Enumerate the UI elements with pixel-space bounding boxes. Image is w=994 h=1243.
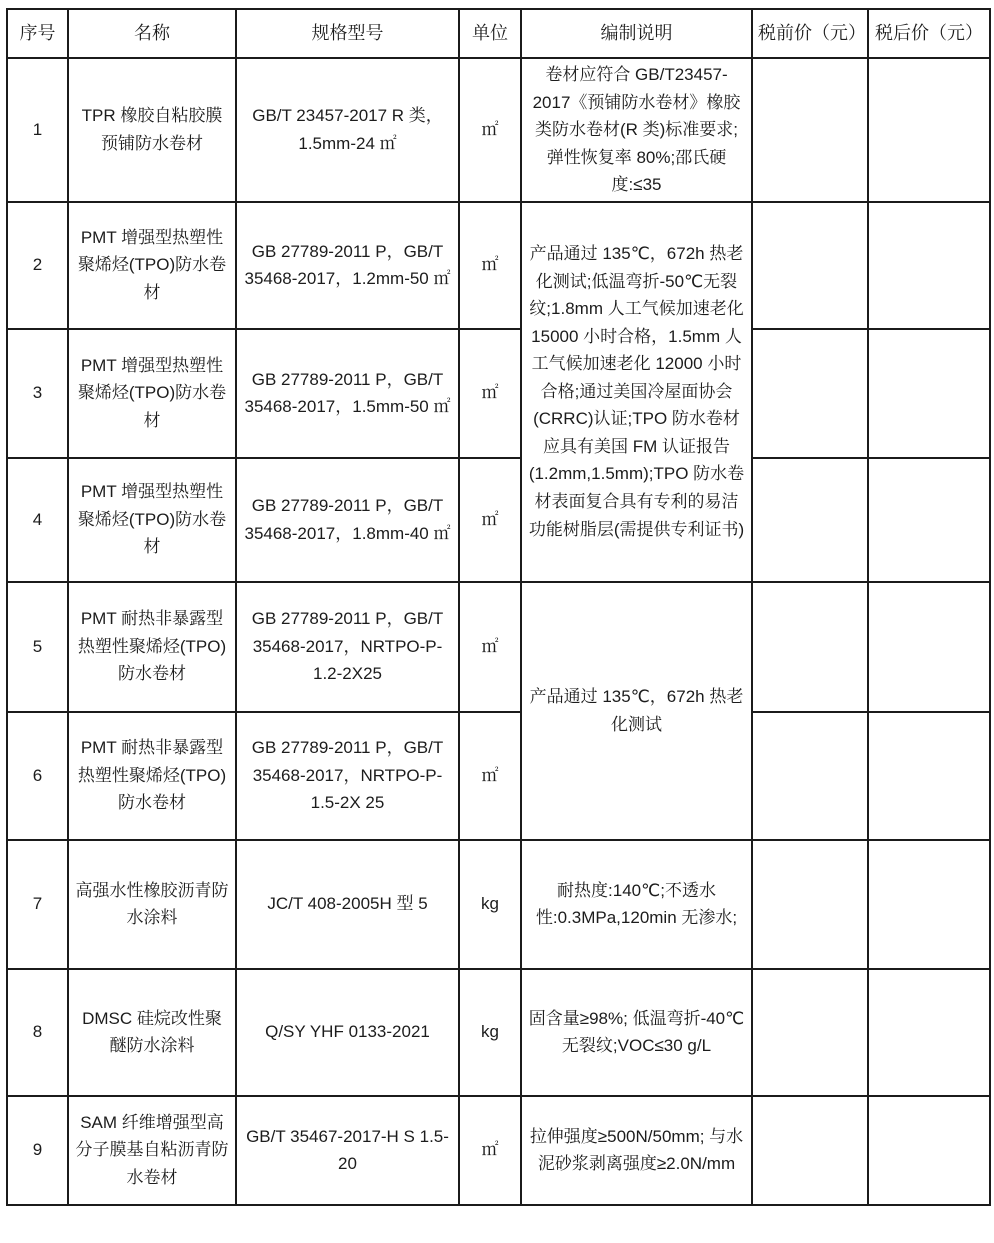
material-unit: kg	[459, 840, 521, 969]
header-pretax-price: 税前价（元）	[752, 9, 868, 58]
material-unit: ㎡	[459, 458, 521, 582]
material-note: 耐热度:140℃;不透水性:0.3MPa,120min 无渗水;	[521, 840, 752, 969]
pretax-price-cell	[752, 712, 868, 840]
table-row: 9 SAM 纤维增强型高分子膜基自粘沥青防水卷材 GB/T 35467-2017…	[7, 1096, 990, 1205]
posttax-price-cell	[868, 458, 990, 582]
material-unit: kg	[459, 969, 521, 1096]
material-unit: ㎡	[459, 582, 521, 712]
material-name: PMT 增强型热塑性聚烯烃(TPO)防水卷材	[68, 458, 236, 582]
row-no: 6	[7, 712, 68, 840]
material-spec: GB 27789-2011 P，GB/T 35468-2017，1.8mm-40…	[236, 458, 459, 582]
material-unit: ㎡	[459, 712, 521, 840]
pretax-price-cell	[752, 582, 868, 712]
pretax-price-cell	[752, 329, 868, 458]
material-spec: GB 27789-2011 P，GB/T 35468-2017，1.5mm-50…	[236, 329, 459, 458]
material-unit: ㎡	[459, 202, 521, 329]
table-row: 7 高强水性橡胶沥青防水涂料 JC/T 408-2005H 型 5 kg 耐热度…	[7, 840, 990, 969]
pretax-price-cell	[752, 202, 868, 329]
posttax-price-cell	[868, 1096, 990, 1205]
posttax-price-cell	[868, 582, 990, 712]
material-spec: JC/T 408-2005H 型 5	[236, 840, 459, 969]
row-no: 4	[7, 458, 68, 582]
material-note: 卷材应符合 GB/T23457-2017《预铺防水卷材》橡胶类防水卷材(R 类)…	[521, 58, 752, 202]
pretax-price-cell	[752, 458, 868, 582]
header-name: 名称	[68, 9, 236, 58]
header-no: 序号	[7, 9, 68, 58]
material-spec: GB/T 35467-2017-H S 1.5-20	[236, 1096, 459, 1205]
header-note: 编制说明	[521, 9, 752, 58]
table-row: 8 DMSC 硅烷改性聚醚防水涂料 Q/SY YHF 0133-2021 kg …	[7, 969, 990, 1096]
table-row: 1 TPR 橡胶自粘胶膜预铺防水卷材 GB/T 23457-2017 R 类，1…	[7, 58, 990, 202]
row-no: 9	[7, 1096, 68, 1205]
posttax-price-cell	[868, 712, 990, 840]
material-name: PMT 耐热非暴露型热塑性聚烯烃(TPO)防水卷材	[68, 582, 236, 712]
posttax-price-cell	[868, 329, 990, 458]
material-spec: GB 27789-2011 P，GB/T 35468-2017，NRTPO-P-…	[236, 582, 459, 712]
posttax-price-cell	[868, 969, 990, 1096]
material-spec: GB 27789-2011 P，GB/T 35468-2017，NRTPO-P-…	[236, 712, 459, 840]
table-row: 5 PMT 耐热非暴露型热塑性聚烯烃(TPO)防水卷材 GB 27789-201…	[7, 582, 990, 712]
pretax-price-cell	[752, 58, 868, 202]
material-name: PMT 增强型热塑性聚烯烃(TPO)防水卷材	[68, 202, 236, 329]
material-unit: ㎡	[459, 1096, 521, 1205]
posttax-price-cell	[868, 58, 990, 202]
pretax-price-cell	[752, 1096, 868, 1205]
material-price-table: 序号 名称 规格型号 单位 编制说明 税前价（元） 税后价（元） 1 TPR 橡…	[6, 8, 991, 1206]
material-note: 固含量≥98%; 低温弯折-40℃无裂纹;VOC≤30 g/L	[521, 969, 752, 1096]
table-row: 2 PMT 增强型热塑性聚烯烃(TPO)防水卷材 GB 27789-2011 P…	[7, 202, 990, 329]
material-unit: ㎡	[459, 58, 521, 202]
material-name: SAM 纤维增强型高分子膜基自粘沥青防水卷材	[68, 1096, 236, 1205]
posttax-price-cell	[868, 202, 990, 329]
header-spec: 规格型号	[236, 9, 459, 58]
row-no: 8	[7, 969, 68, 1096]
material-name: 高强水性橡胶沥青防水涂料	[68, 840, 236, 969]
header-row: 序号 名称 规格型号 单位 编制说明 税前价（元） 税后价（元）	[7, 9, 990, 58]
material-name: PMT 耐热非暴露型热塑性聚烯烃(TPO)防水卷材	[68, 712, 236, 840]
row-no: 5	[7, 582, 68, 712]
pretax-price-cell	[752, 969, 868, 1096]
row-no: 3	[7, 329, 68, 458]
header-unit: 单位	[459, 9, 521, 58]
material-note-merged-rows-2-4: 产品通过 135℃，672h 热老化测试;低温弯折-50℃无裂纹;1.8mm 人…	[521, 202, 752, 582]
material-spec: GB 27789-2011 P，GB/T 35468-2017，1.2mm-50…	[236, 202, 459, 329]
posttax-price-cell	[868, 840, 990, 969]
material-spec: GB/T 23457-2017 R 类，1.5mm-24 ㎡	[236, 58, 459, 202]
material-unit: ㎡	[459, 329, 521, 458]
material-name: PMT 增强型热塑性聚烯烃(TPO)防水卷材	[68, 329, 236, 458]
table-row: 3 PMT 增强型热塑性聚烯烃(TPO)防水卷材 GB 27789-2011 P…	[7, 329, 990, 458]
material-name: TPR 橡胶自粘胶膜预铺防水卷材	[68, 58, 236, 202]
material-note-merged-rows-5-6: 产品通过 135℃，672h 热老化测试	[521, 582, 752, 840]
document-page: 序号 名称 规格型号 单位 编制说明 税前价（元） 税后价（元） 1 TPR 橡…	[0, 0, 994, 1243]
header-posttax-price: 税后价（元）	[868, 9, 990, 58]
material-note: 拉伸强度≥500N/50mm; 与水泥砂浆剥离强度≥2.0N/mm	[521, 1096, 752, 1205]
material-name: DMSC 硅烷改性聚醚防水涂料	[68, 969, 236, 1096]
row-no: 2	[7, 202, 68, 329]
table-row: 6 PMT 耐热非暴露型热塑性聚烯烃(TPO)防水卷材 GB 27789-201…	[7, 712, 990, 840]
table-row: 4 PMT 增强型热塑性聚烯烃(TPO)防水卷材 GB 27789-2011 P…	[7, 458, 990, 582]
row-no: 7	[7, 840, 68, 969]
material-spec: Q/SY YHF 0133-2021	[236, 969, 459, 1096]
row-no: 1	[7, 58, 68, 202]
pretax-price-cell	[752, 840, 868, 969]
